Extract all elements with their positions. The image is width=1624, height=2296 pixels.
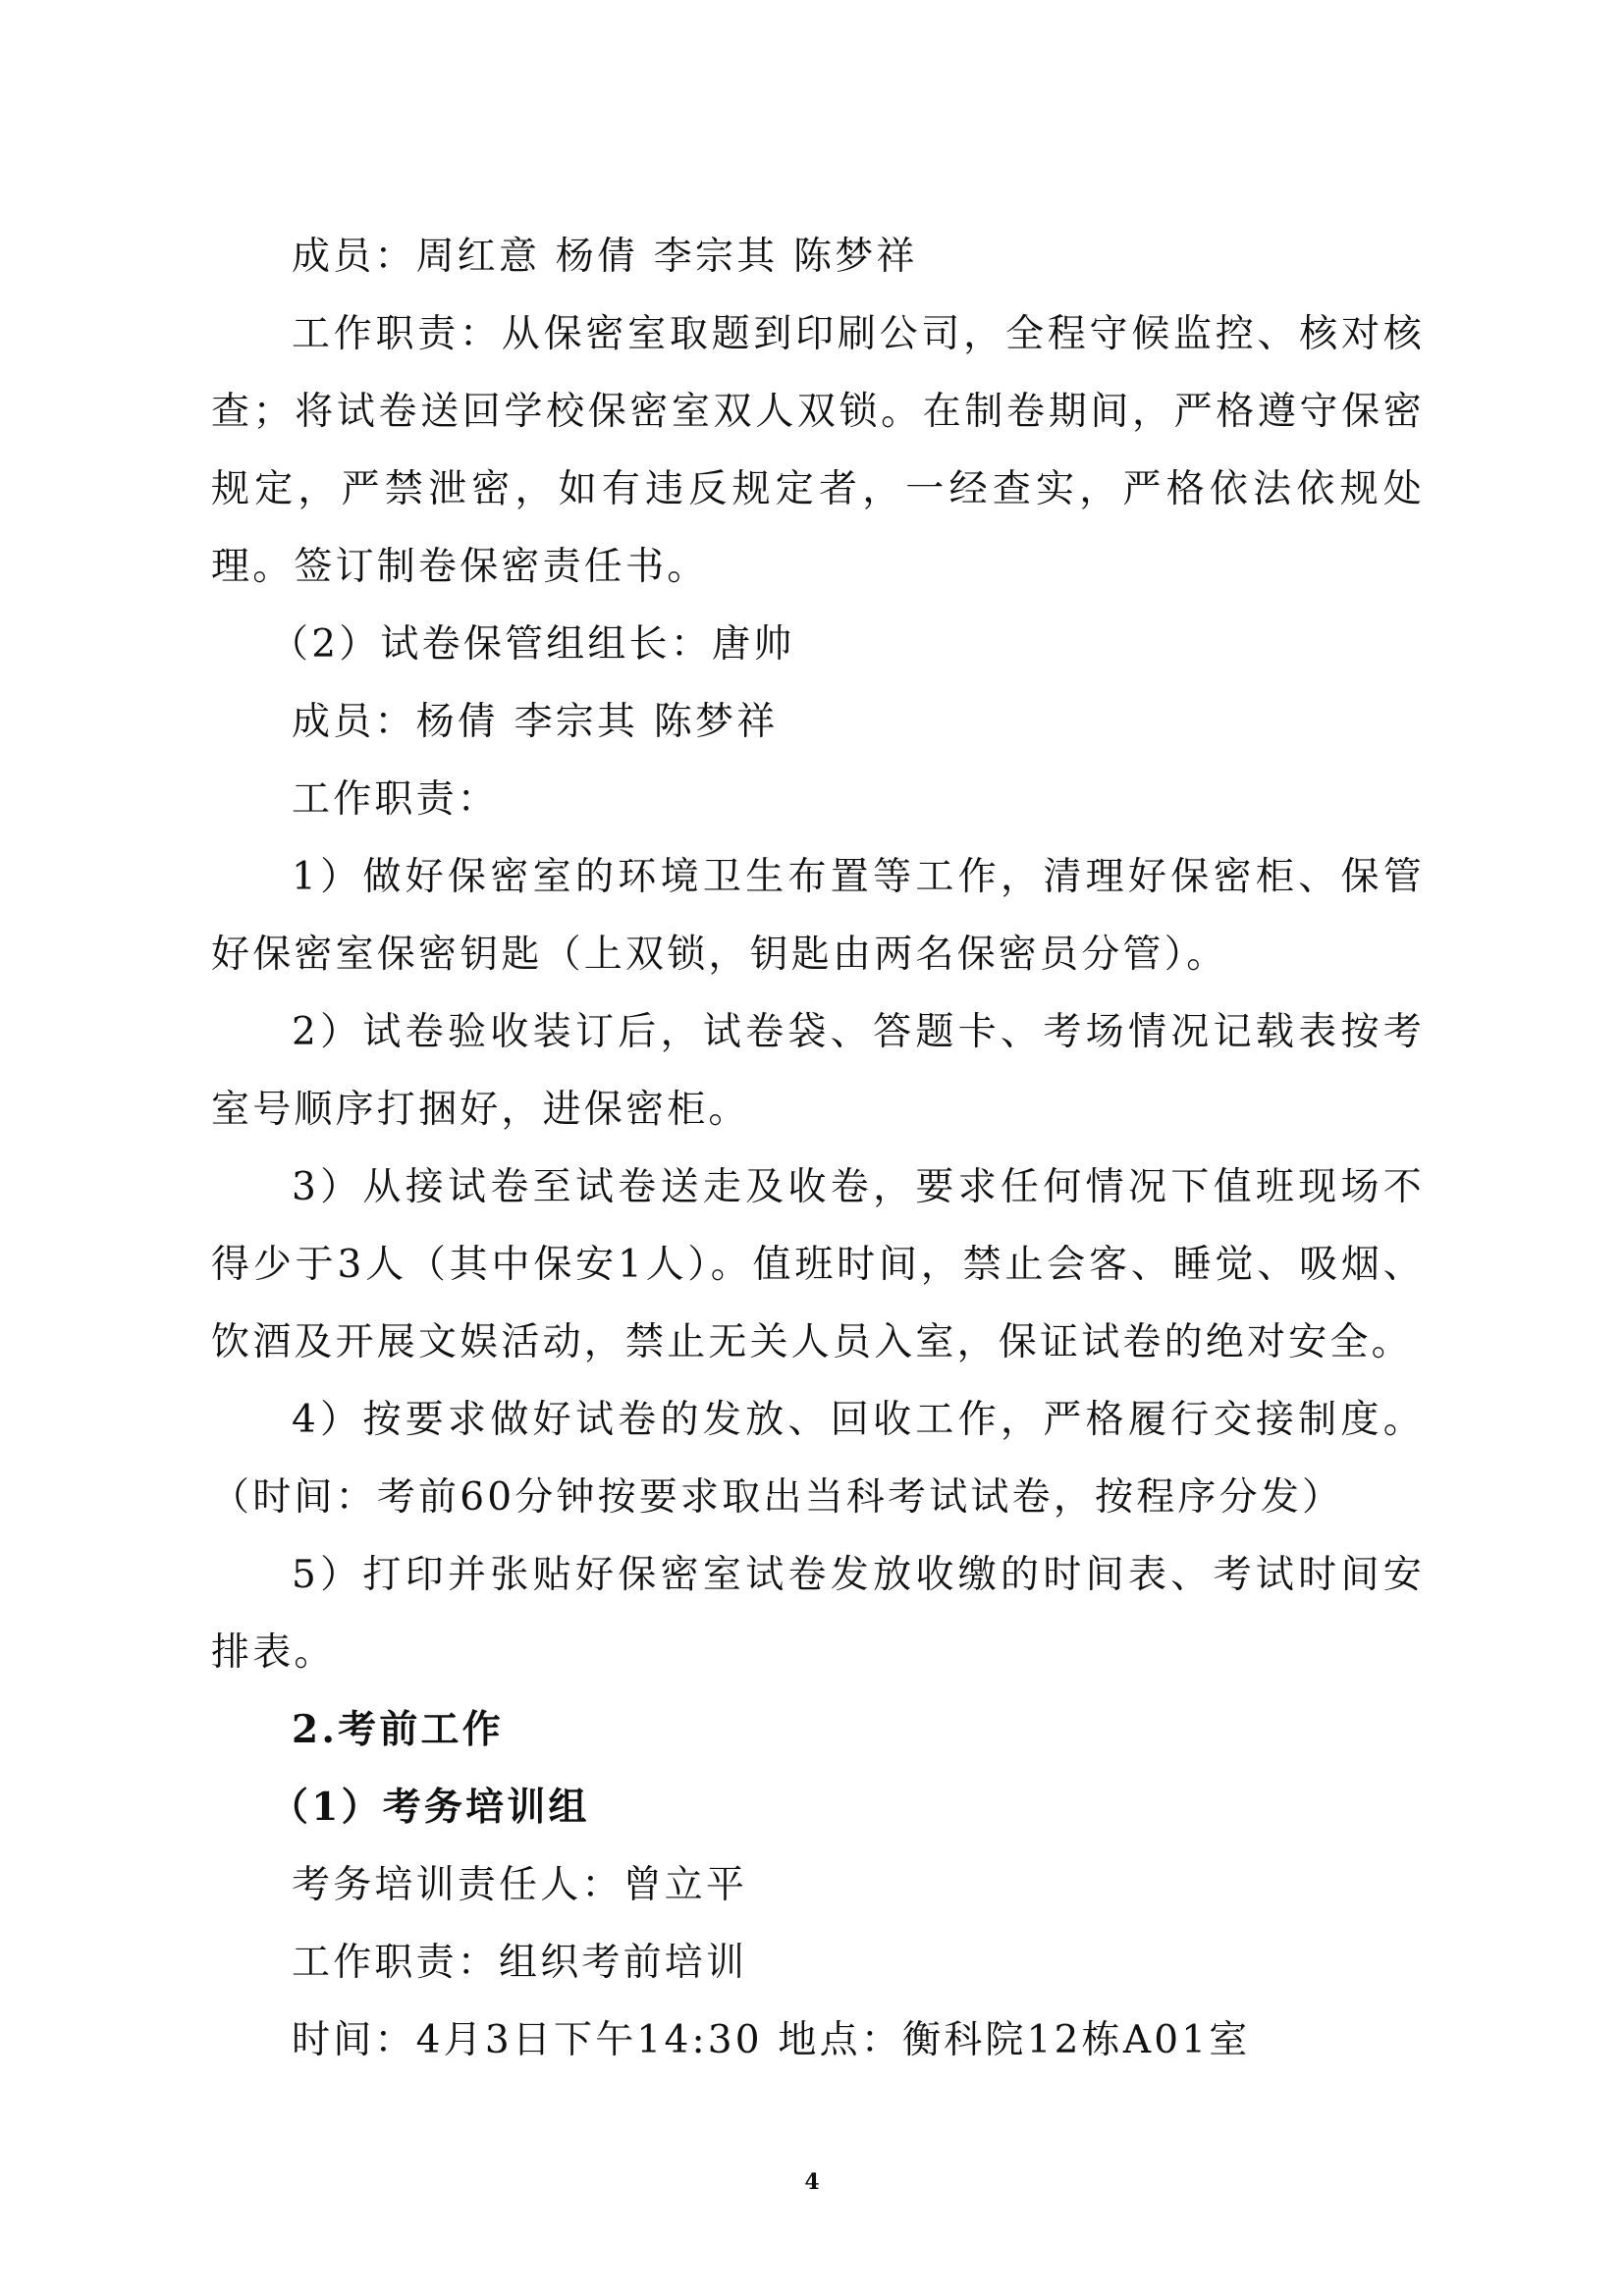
paragraph-duty-item-1: 1）做好保密室的环境卫生布置等工作，清理好保密柜、保管好保密室保密钥匙（上双锁，… bbox=[211, 838, 1425, 993]
section-heading: 2.考前工作 bbox=[211, 1691, 1425, 1769]
paragraph-duty-item-3: 3）从接试卷至试卷送走及收卷，要求任何情况下值班现场不得少于3人（其中保安1人）… bbox=[211, 1148, 1425, 1381]
subsection-heading: （1）考务培训组 bbox=[211, 1769, 1425, 1846]
paragraph-duty-item-4: 4）按要求做好试卷的发放、回收工作，严格履行交接制度。（时间：考前60分钟按要求… bbox=[211, 1381, 1425, 1536]
document-body: 成员：周红意 杨倩 李宗其 陈梦祥 工作职责：从保密室取题到印刷公司，全程守候监… bbox=[211, 218, 1425, 2079]
paragraph-time-location: 时间：4月3日下午14:30 地点：衡科院12栋A01室 bbox=[211, 2002, 1425, 2079]
paragraph-members-1: 成员：周红意 杨倩 李宗其 陈梦祥 bbox=[211, 218, 1425, 295]
paragraph-duties-1: 工作职责：从保密室取题到印刷公司，全程守候监控、核对核查；将试卷送回学校保密室双… bbox=[211, 295, 1425, 606]
page-number: 4 bbox=[0, 2169, 1624, 2195]
paragraph-members-2: 成员：杨倩 李宗其 陈梦祥 bbox=[211, 683, 1425, 761]
paragraph-duties-heading: 工作职责： bbox=[211, 761, 1425, 838]
paragraph-duty-item-2: 2）试卷验收装订后，试卷袋、答题卡、考场情况记载表按考室号顺序打捆好，进保密柜。 bbox=[211, 993, 1425, 1148]
paragraph-responsible-person: 考务培训责任人：曾立平 bbox=[211, 1846, 1425, 1924]
paragraph-duty-item-5: 5）打印并张贴好保密室试卷发放收缴的时间表、考试时间安排表。 bbox=[211, 1536, 1425, 1691]
paragraph-group-leader: （2）试卷保管组组长：唐帅 bbox=[211, 606, 1425, 683]
paragraph-training-duty: 工作职责：组织考前培训 bbox=[211, 1924, 1425, 2002]
